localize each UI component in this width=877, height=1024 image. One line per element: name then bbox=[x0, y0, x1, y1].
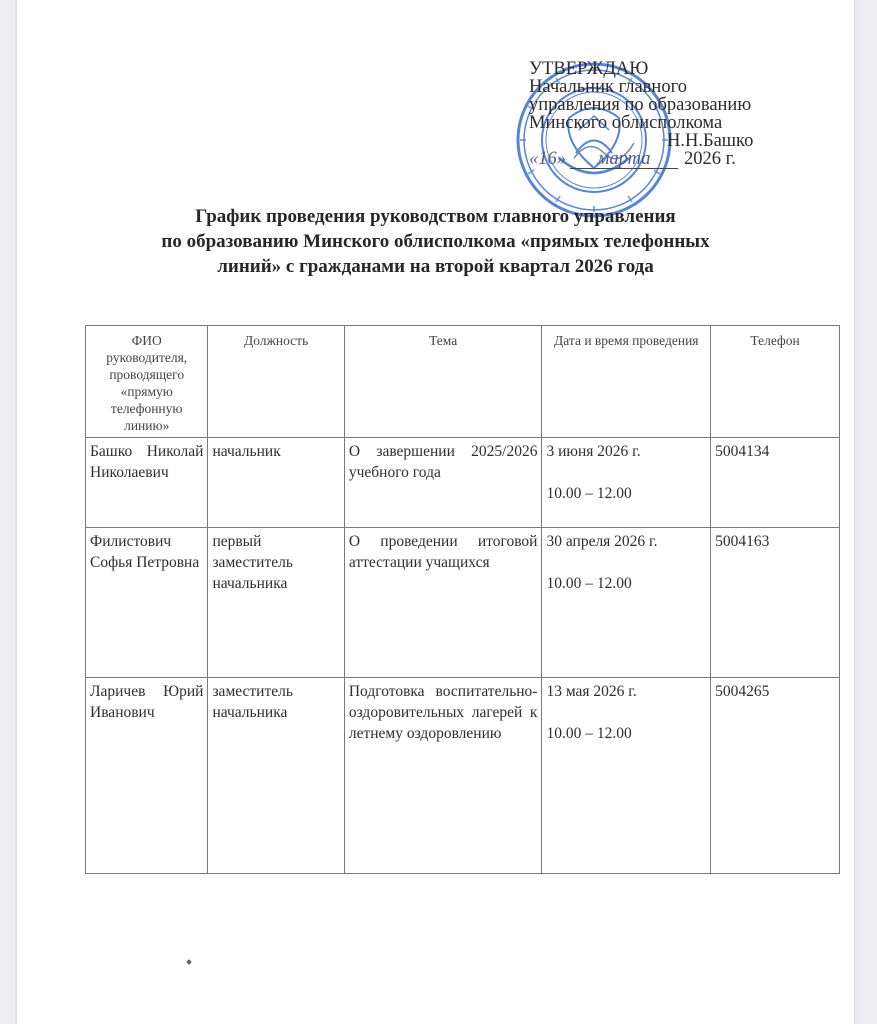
cell-date: 3 июня 2026 г. bbox=[546, 443, 640, 460]
title-line-2: по образованию Минского облисполкома «пр… bbox=[17, 229, 854, 254]
cell-time: 10.00 – 12.00 bbox=[546, 723, 706, 744]
cell-topic: О проведении итоговой аттестации учащихс… bbox=[344, 528, 542, 678]
table-row: Башко Николай Николаевич начальник О зав… bbox=[86, 438, 840, 528]
cell-datetime: 30 апреля 2026 г. 10.00 – 12.00 bbox=[542, 528, 711, 678]
cell-position: первый заместитель начальника bbox=[208, 528, 344, 678]
table-row: Филистович Софья Петровна первый замести… bbox=[86, 528, 840, 678]
cell-time: 10.00 – 12.00 bbox=[546, 483, 706, 504]
cell-name: Башко Николай Николаевич bbox=[86, 438, 208, 528]
cell-phone: 5004163 bbox=[711, 528, 840, 678]
cell-topic: О завершении 2025/2026 учебного года bbox=[344, 438, 542, 528]
header-datetime: Дата и время проведения bbox=[542, 326, 711, 438]
approval-position-1: Начальник главного bbox=[529, 78, 753, 96]
approval-date-year: 2026 г. bbox=[684, 149, 736, 169]
cell-date: 13 мая 2026 г. bbox=[546, 683, 636, 700]
header-topic: Тема bbox=[344, 326, 542, 438]
document-title: График проведения руководством главного … bbox=[17, 204, 854, 279]
title-line-1: График проведения руководством главного … bbox=[17, 204, 854, 229]
approval-signatory: Н.Н.Башко bbox=[529, 132, 753, 150]
header-name: ФИО руководителя, проводящего «прямую те… bbox=[86, 326, 208, 438]
approval-heading: УТВЕРЖДАЮ bbox=[529, 60, 753, 78]
cell-position: начальник bbox=[208, 438, 344, 528]
cell-datetime: 13 мая 2026 г. 10.00 – 12.00 bbox=[542, 678, 711, 874]
cell-datetime: 3 июня 2026 г. 10.00 – 12.00 bbox=[542, 438, 711, 528]
approval-date-month: марта bbox=[570, 150, 678, 169]
approval-position-3: Минского облисполкома bbox=[529, 114, 753, 132]
approval-block: УТВЕРЖДАЮ Начальник главного управления … bbox=[529, 60, 753, 169]
schedule-table: ФИО руководителя, проводящего «прямую те… bbox=[85, 325, 840, 874]
approval-date-day: «16» bbox=[529, 149, 566, 169]
header-phone: Телефон bbox=[711, 326, 840, 438]
table-row: Ларичев Юрий Иванович заместитель началь… bbox=[86, 678, 840, 874]
cell-phone: 5004265 bbox=[711, 678, 840, 874]
approval-position-2: управления по образованию bbox=[529, 96, 753, 114]
cell-time: 10.00 – 12.00 bbox=[546, 573, 706, 594]
cell-name: Филистович Софья Петровна bbox=[86, 528, 208, 678]
cell-date: 30 апреля 2026 г. bbox=[546, 533, 657, 550]
cell-position: заместитель начальника bbox=[208, 678, 344, 874]
table-header-row: ФИО руководителя, проводящего «прямую те… bbox=[86, 326, 840, 438]
approval-date: «16»марта2026 г. bbox=[529, 150, 753, 169]
header-position: Должность bbox=[208, 326, 344, 438]
title-line-3: линий» с гражданами на второй квартал 20… bbox=[17, 254, 854, 279]
cell-topic: Подготовка воспитательно-оздоровительных… bbox=[344, 678, 542, 874]
cell-phone: 5004134 bbox=[711, 438, 840, 528]
cell-name: Ларичев Юрий Иванович bbox=[86, 678, 208, 874]
scan-speck bbox=[186, 959, 192, 965]
